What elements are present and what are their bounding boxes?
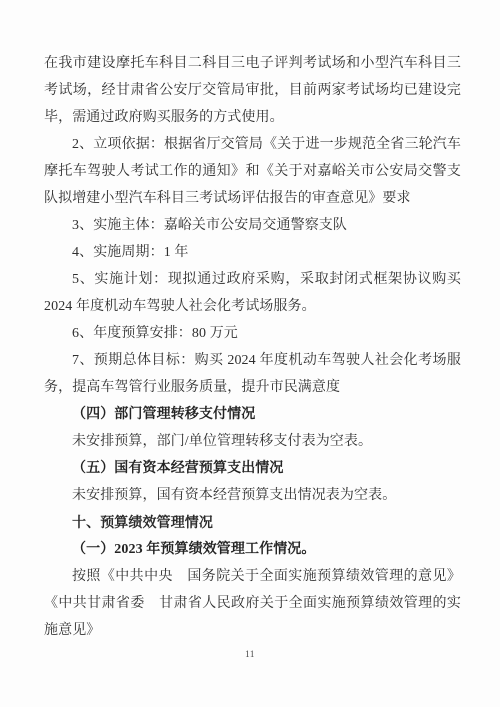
paragraph-item-7: 7、预期总体目标：购买 2024 年度机动车驾驶人社会化考场服务，提高车驾管行业… bbox=[44, 347, 461, 401]
document-text-block: 在我市建设摩托车科目二科目三电子评判考试场和小型汽车科目三考试场，经甘肃省公安厅… bbox=[44, 50, 461, 644]
paragraph-item-3: 3、实施主体：嘉峪关市公安局交通警察支队 bbox=[44, 212, 461, 239]
sub-heading-4: （四）部门管理转移支付情况 bbox=[44, 401, 461, 428]
paragraph-item-5: 5、实施计划：现拟通过政府采购，采取封闭式框架协议购买 2024 年度机动车驾驶… bbox=[44, 266, 461, 320]
paragraph-capital-note: 未安排预算，国有资本经营预算支出情况表为空表。 bbox=[44, 482, 461, 509]
sub-heading-1-2023: （一）2023 年预算绩效管理工作情况。 bbox=[44, 536, 461, 563]
page-number: 11 bbox=[245, 649, 255, 659]
paragraph-body-continuation: 在我市建设摩托车科目二科目三电子评判考试场和小型汽车科目三考试场，经甘肃省公安厅… bbox=[44, 50, 461, 131]
paragraph-item-4: 4、实施周期：1 年 bbox=[44, 239, 461, 266]
paragraph-policy-reference: 按照《中共中央 国务院关于全面实施预算绩效管理的意见》《中共甘肃省委 甘肃省人民… bbox=[44, 563, 461, 644]
paragraph-item-2: 2、立项依据：根据省厅交管局《关于进一步规范全省三轮汽车摩托车驾驶人考试工作的通… bbox=[44, 131, 461, 212]
document-page: 在我市建设摩托车科目二科目三电子评判考试场和小型汽车科目三考试场，经甘肃省公安厅… bbox=[0, 0, 500, 707]
sub-heading-5: （五）国有资本经营预算支出情况 bbox=[44, 455, 461, 482]
page-footer: 11 bbox=[0, 644, 500, 662]
paragraph-item-6: 6、年度预算安排：80 万元 bbox=[44, 320, 461, 347]
section-heading-10: 十、预算绩效管理情况 bbox=[44, 509, 461, 536]
paragraph-transfer-note: 未安排预算，部门/单位管理转移支付表为空表。 bbox=[44, 428, 461, 455]
